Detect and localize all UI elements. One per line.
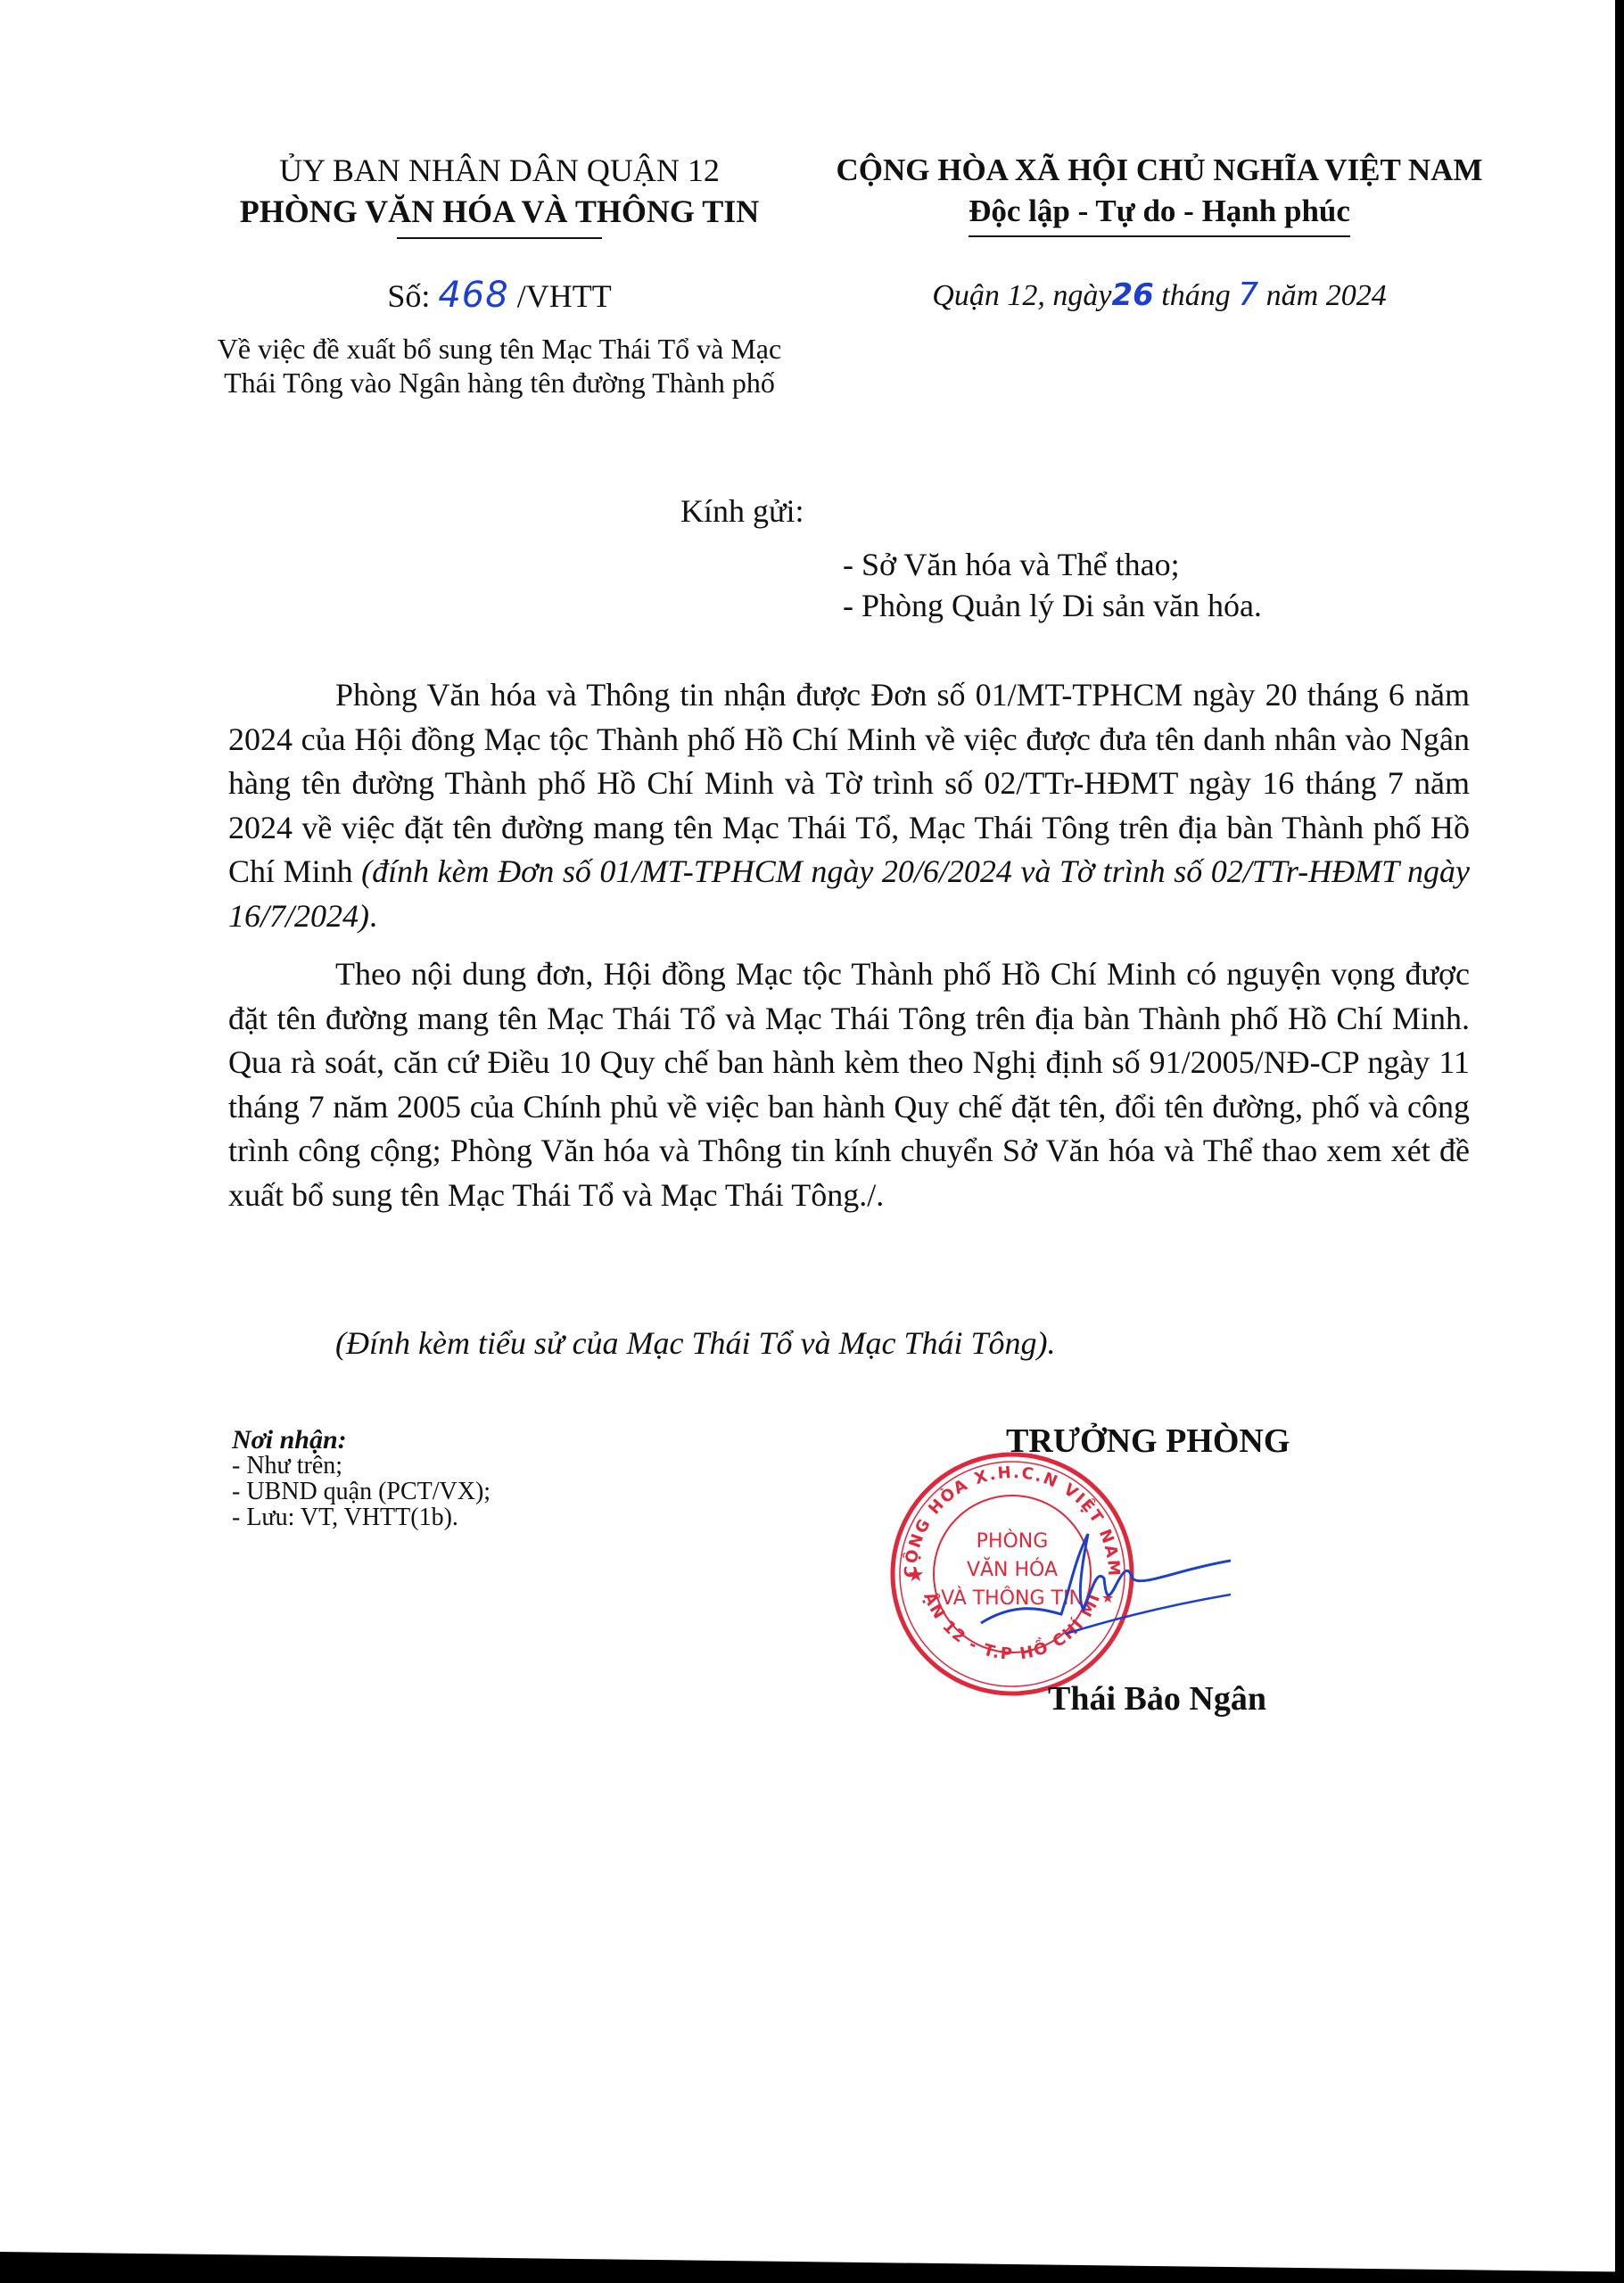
addressee-item: - Sở Văn hóa và Thể thao; [843,546,1180,583]
recipients-title: Nơi nhận: [232,1427,490,1453]
recipient-item: - Lưu: VT, VHTT(1b). [232,1504,490,1530]
document-date: Quận 12, ngày26 tháng 7 năm 2024 [803,276,1516,313]
number-label: Số: [387,278,430,314]
department-name: PHÒNG VĂN HÓA VÀ THÔNG TIN [196,191,803,232]
paragraph-1-attachment-ref: (đính kèm Đơn số 01/MT-TPHCM ngày 20/6/2… [228,853,1470,934]
department-underline [397,237,602,239]
addressee-label: Kính gửi: [680,492,804,530]
number-suffix: /VHTT [517,278,612,314]
handwritten-day: 26 [1111,277,1153,313]
paragraph-1-end: . [369,898,377,934]
svg-text:★: ★ [907,1564,925,1587]
scan-border-bottom [0,2238,1624,2283]
date-month-label: tháng [1161,279,1230,312]
date-year: năm 2024 [1266,279,1387,312]
handwritten-month: 7 [1238,276,1258,313]
scan-border-right [1615,0,1624,2283]
body-paragraph-1: Phòng Văn hóa và Thông tin nhận được Đơn… [228,673,1470,938]
nation-name: CỘNG HÒA XÃ HỘI CHỦ NGHĨA VIỆT NAM [803,150,1516,191]
recipients-block: Nơi nhận: - Như trên; - UBND quận (PCT/V… [232,1427,490,1530]
issuing-authority-block: ỦY BAN NHÂN DÂN QUẬN 12 PHÒNG VĂN HÓA VÀ… [196,150,803,239]
signatory-title: TRƯỞNG PHÒNG [1006,1422,1290,1461]
attachment-note: (Đính kèm tiểu sử của Mạc Thái Tổ và Mạc… [335,1324,1056,1362]
date-prefix: Quận 12, ngày [932,279,1111,312]
signatory-name: Thái Bảo Ngân [1048,1679,1266,1718]
handwritten-signature [963,1516,1231,1641]
national-heading-block: CỘNG HÒA XÃ HỘI CHỦ NGHĨA VIỆT NAM Độc l… [803,150,1516,237]
recipient-item: - UBND quận (PCT/VX); [232,1479,490,1504]
body-paragraph-2: Theo nội dung đơn, Hội đồng Mạc tộc Thàn… [228,952,1470,1217]
handwritten-number: 468 [438,275,508,316]
document-number: Số: 468 /VHTT [196,275,803,316]
recipient-item: - Như trên; [232,1453,490,1479]
addressee-item: - Phòng Quản lý Di sản văn hóa. [843,587,1262,624]
document-subject: Về việc đề xuất bổ sung tên Mạc Thái Tổ … [196,332,803,400]
national-motto: Độc lập - Tự do - Hạnh phúc [969,191,1350,237]
letter-body: Phòng Văn hóa và Thông tin nhận được Đơn… [228,673,1470,1232]
authority-name: ỦY BAN NHÂN DÂN QUẬN 12 [196,150,803,191]
